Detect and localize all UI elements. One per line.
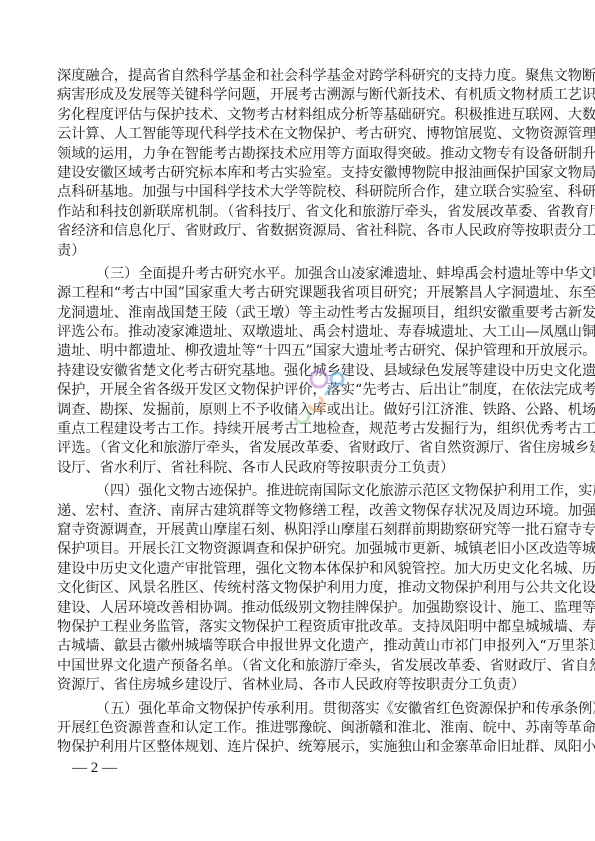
text-line: 省经济和信息化厅、省财政厅、省数据资源局、省社科院、各市人民政府等按职责分工负 [57,222,543,241]
paragraph-section-5-revolutionary-relics: （五）强化革命文物保护传承利用。贯彻落实《安徽省红色资源保护和传承条例》， 开展… [57,700,543,758]
text-line: 作站和科技创新联席机制。（省科技厅、省文化和旅游厅牵头，省发展改革委、省教育厅、 [57,203,543,222]
text-line: 资源厅、省住房城乡建设厅、省林业局、各市人民政府等按职责分工负责） [57,676,543,695]
text-line: 遗址、明中都遗址、柳孜遗址等“十四五”国家大遗址考古研究、保护管理和开放展示。支 [57,342,543,361]
document-body: 深度融合，提高省自然科学基金和社会科学基金对跨学科研究的支持力度。聚焦文物断代、… [57,67,543,762]
text-line: 持建设安徽省楚文化考古研究基地。强化城乡建设、县域绿色发展等建设中历史文化遗产 [57,362,543,381]
text-line: 评选公布。推动凌家滩遗址、双墩遗址、禹会村遗址、寿春城遗址、大工山—凤凰山铜矿 [57,323,543,342]
text-line: 文化街区、风景名胜区、传统村落文物保护利用力度，推动文物保护利用与公共文化设施 [57,579,543,598]
paragraph-research-support: 深度融合，提高省自然科学基金和社会科学基金对跨学科研究的支持力度。聚焦文物断代、… [57,67,543,261]
text-line: 保护，开展全省各级开发区文物保护评价，落实“先考古、后出让”制度，在依法完成考古 [57,381,543,400]
text-line: 设厅、省水利厅、省社科院、各市人民政府等按职责分工负责） [57,459,543,478]
text-line: 重点工程建设考古工作。持续开展考古工地检查，规范考古发掘行为，组织优秀考古工地 [57,420,543,439]
text-line: 领域的运用，力争在智能考古勘探技术应用等方面取得突破。推动文物专有设备研制升级， [57,145,543,164]
section-heading-line: （四）强化文物古迹保护。推进皖南国际文化旅游示范区文物保护利用工作，实施西 [57,482,543,501]
text-line: 建设中历史文化遗产审批管理，强化文物本体保护和风貌管控。加大历史文化名城、历史 [57,560,543,579]
text-line: 建设、人居环境改善相协调。推动低级别文物挂牌保护。加强勘察设计、施工、监理等文 [57,599,543,618]
text-line: 古城墙、歙县古徽州城墙等联合申报世界文化遗产，推动黄山市祁门申报列入“万里茶道” [57,637,543,656]
text-line: 云计算、人工智能等现代科学技术在文物保护、考古研究、博物馆展览、文物资源管理等 [57,125,543,144]
text-line: 点科研基地。加强与中国科学技术大学等院校、科研院所合作，建立联合实验室、科研工 [57,183,543,202]
text-line: 评选。（省文化和旅游厅牵头，省发展改革委、省财政厅、省自然资源厅、省住房城乡建 [57,439,543,458]
text-line: 源工程和“考古中国”国家重大考古研究课题我省项目研究；开展繁昌人字洞遗址、东至华 [57,284,543,303]
text-line: 递、宏村、查济、南屏古建筑群等文物修缮工程，改善文物保存状况及周边环境。加强石 [57,502,543,521]
text-line: 深度融合，提高省自然科学基金和社会科学基金对跨学科研究的支持力度。聚焦文物断代、 [57,67,543,86]
text-line: 建设安徽区域考古研究标本库和考古实验室。支持安徽博物院申报油画保护国家文物局重 [57,164,543,183]
section-heading-line: （五）强化革命文物保护传承利用。贯彻落实《安徽省红色资源保护和传承条例》， [57,700,543,719]
text-line: 物保护利用片区整体规划、连片保护、统筹展示，实施独山和金寨革命旧址群、凤阳小岗 [57,738,543,757]
text-line: 责） [57,242,543,261]
text-line: 保护项目。开展长江文物资源调查和保护研究。加强城市更新、城镇老旧小区改造等城乡 [57,540,543,559]
paragraph-section-3-archaeology: （三）全面提升考古研究水平。加强含山凌家滩遗址、蚌埠禹会村遗址等中华文明探 源工… [57,265,543,478]
text-line: 调查、勘探、发掘前，原则上不予收储入库或出让。做好引江济淮、铁路、公路、机场等 [57,401,543,420]
text-line: 劣化程度评估与保护技术、文物考古材料组成分析等基础研究。积极推进互联网、大数据、 [57,106,543,125]
text-line: 物保护工程业务监管，落实文物保护工程资质审批改革。支持凤阳明中都皇城城墙、寿县 [57,618,543,637]
text-line: 开展红色资源普查和认定工作。推进鄂豫皖、闽浙赣和淮北、淮南、皖中、苏南等革命文 [57,719,543,738]
text-line: 中国世界文化遗产预备名单。（省文化和旅游厅牵头，省发展改革委、省财政厅、省自然 [57,657,543,676]
paragraph-section-4-heritage-sites: （四）强化文物古迹保护。推进皖南国际文化旅游示范区文物保护利用工作，实施西 递、… [57,482,543,695]
text-line: 龙洞遗址、淮南战国楚王陵（武王墩）等主动性考古发掘项目，组织安徽重要考古新发现 [57,304,543,323]
text-line: 窟寺资源调查，开展黄山摩崖石刻、枞阳浮山摩崖石刻群前期勘察研究等一批石窟寺专项 [57,521,543,540]
section-heading-line: （三）全面提升考古研究水平。加强含山凌家滩遗址、蚌埠禹会村遗址等中华文明探 [57,265,543,284]
page-number: — 2 — [72,758,117,778]
text-line: 病害形成及发展等关键科学问题，开展考古溯源与断代新技术、有机质文物材质工艺识别、 [57,86,543,105]
